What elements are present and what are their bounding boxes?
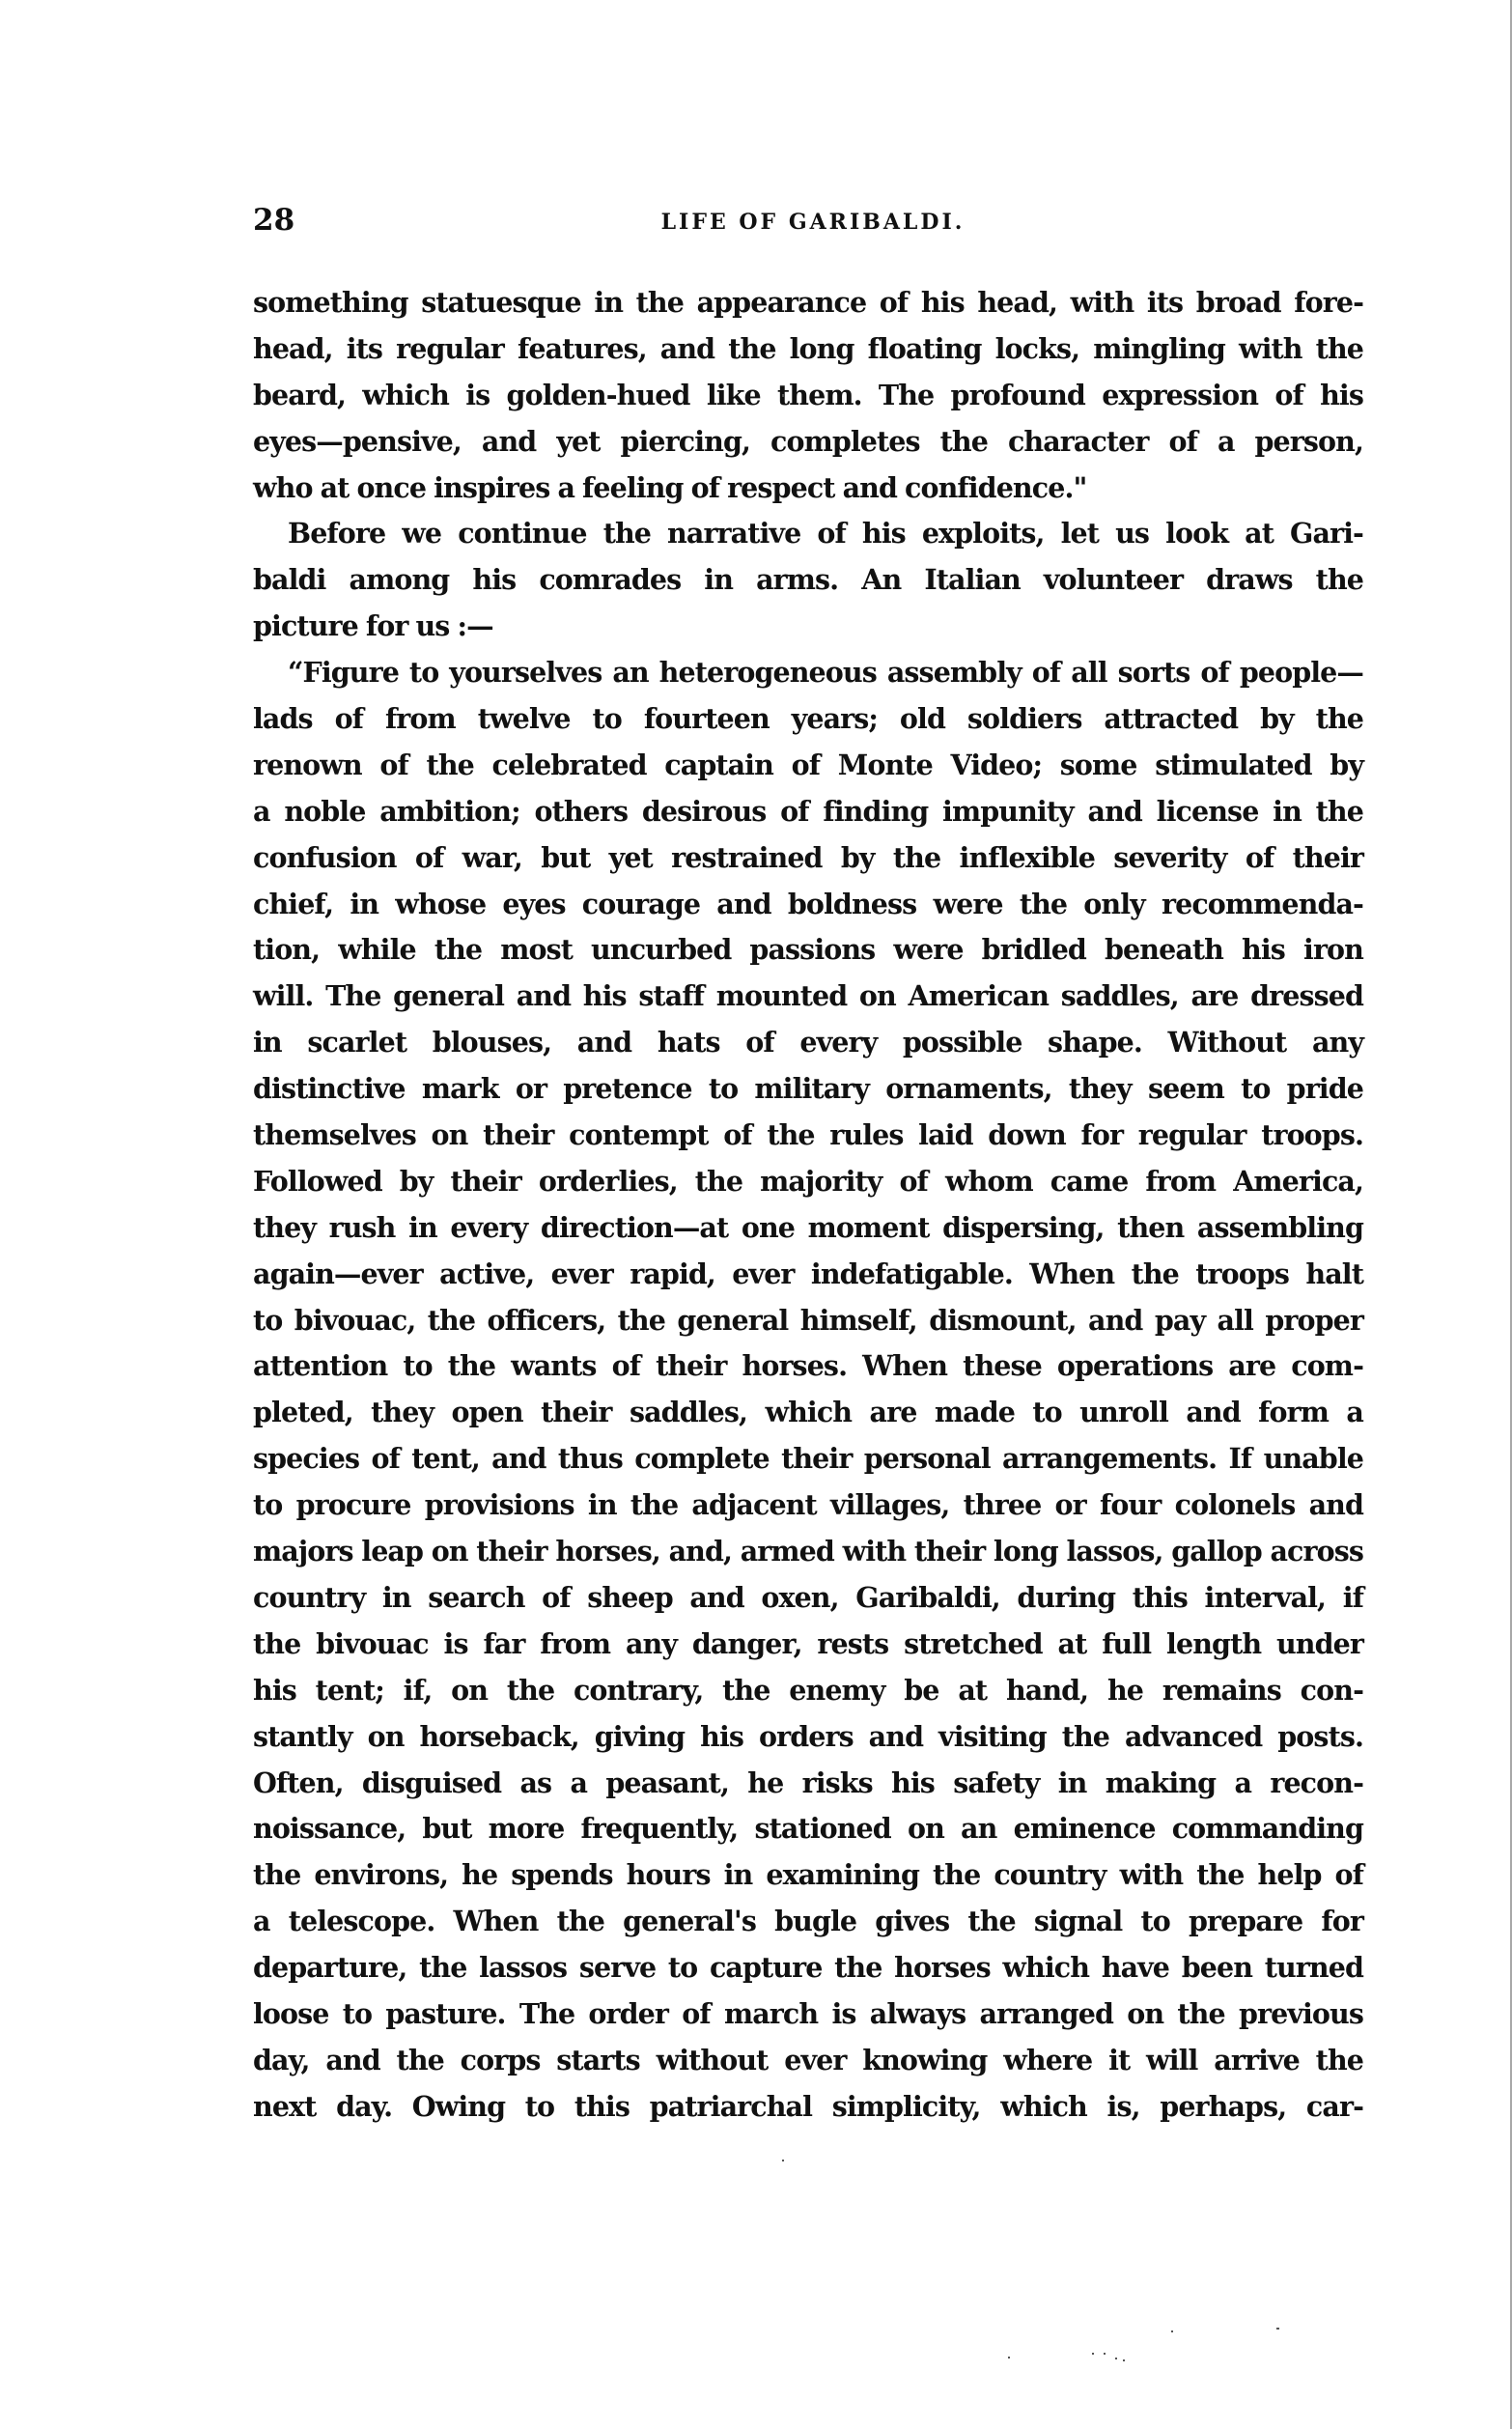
text-line: majors leap on their horses, and, armed … xyxy=(253,1529,1363,1575)
scan-speck xyxy=(1171,2330,1173,2332)
text-line: they rush in every direction—at one mome… xyxy=(253,1205,1363,1252)
text-line: chief, in whose eyes courage and boldnes… xyxy=(253,882,1363,928)
text-line: stantly on horseback, giving his orders … xyxy=(253,1714,1363,1761)
text-line: a telescope. When the general's bugle gi… xyxy=(253,1899,1363,1945)
text-line: eyes—pensive, and yet piercing, complete… xyxy=(253,419,1363,466)
text-line: to procure provisions in the adjacent vi… xyxy=(253,1483,1363,1529)
text-line: baldi among his comrades in arms. An Ita… xyxy=(253,557,1363,604)
scan-speck xyxy=(782,2160,784,2161)
text-line: something statuesque in the appearance o… xyxy=(253,280,1363,326)
text-line: renown of the celebrated captain of Mont… xyxy=(253,743,1363,789)
text-line: his tent; if, on the contrary, the enemy… xyxy=(253,1668,1363,1714)
text-line: will. The general and his staff mounted … xyxy=(253,974,1363,1020)
text-line: Often, disguised as a peasant, he risks … xyxy=(253,1761,1363,1807)
text-line: head, its regular features, and the long… xyxy=(253,326,1363,373)
text-line: “Figure to yourselves an heterogeneous a… xyxy=(253,650,1363,696)
text-line: confusion of war, but yet restrained by … xyxy=(253,835,1363,882)
text-line: who at once inspires a feeling of respec… xyxy=(253,466,1363,512)
text-line: Followed by their orderlies, the majorit… xyxy=(253,1159,1363,1205)
text-line: species of tent, and thus complete their… xyxy=(253,1436,1363,1483)
text-line: the bivouac is far from any danger, rest… xyxy=(253,1622,1363,1668)
text-line: loose to pasture. The order of march is … xyxy=(253,1991,1363,2038)
text-line: a noble ambition; others desirous of fin… xyxy=(253,789,1363,835)
text-line: picture for us :— xyxy=(253,604,1363,650)
scan-speck xyxy=(1104,2353,1106,2355)
text-line: beard, which is golden-hued like them. T… xyxy=(253,373,1363,419)
text-line: in scarlet blouses, and hats of every po… xyxy=(253,1020,1363,1066)
scan-speck xyxy=(1123,2359,1125,2361)
text-line: noissance, but more frequently, statione… xyxy=(253,1806,1363,1852)
text-line: country in search of sheep and oxen, Gar… xyxy=(253,1575,1363,1622)
running-head: 28 LIFE OF GARIBALDI. xyxy=(253,201,1363,240)
scan-speck xyxy=(1115,2358,1117,2359)
paragraph-continuation: something statuesque in the appearance o… xyxy=(253,280,1363,511)
text-line: departure, the lassos serve to capture t… xyxy=(253,1945,1363,1991)
text-line: attention to the wants of their horses. … xyxy=(253,1343,1363,1390)
text-line: distinctive mark or pretence to military… xyxy=(253,1066,1363,1113)
text-line: Before we continue the narrative of his … xyxy=(253,511,1363,557)
scan-speck xyxy=(1008,2357,1010,2358)
scan-speck xyxy=(782,394,784,397)
paragraph-narrative: Before we continue the narrative of his … xyxy=(253,511,1363,650)
paragraph-quotation: “Figure to yourselves an heterogeneous a… xyxy=(253,650,1363,2131)
text-line: pleted, they open their saddles, which a… xyxy=(253,1390,1363,1436)
text-line: lads of from twelve to fourteen years; o… xyxy=(253,696,1363,743)
text-line: tion, while the most uncurbed passions w… xyxy=(253,927,1363,974)
text-line: next day. Owing to this patriarchal simp… xyxy=(253,2084,1363,2131)
text-line: the environs, he spends hours in examini… xyxy=(253,1852,1363,1899)
book-page: 28 LIFE OF GARIBALDI. something statuesq… xyxy=(0,0,1512,2429)
text-line: day, and the corps starts without ever k… xyxy=(253,2038,1363,2084)
text-line: themselves on their contempt of the rule… xyxy=(253,1113,1363,1159)
scan-speck xyxy=(1276,2328,1279,2330)
text-line: to bivouac, the officers, the general hi… xyxy=(253,1298,1363,1344)
text-line: again—ever active, ever rapid, ever inde… xyxy=(253,1252,1363,1298)
running-title: LIFE OF GARIBALDI. xyxy=(253,205,1363,240)
scan-speck xyxy=(1092,2353,1094,2355)
body-text: something statuesque in the appearance o… xyxy=(253,280,1363,2131)
